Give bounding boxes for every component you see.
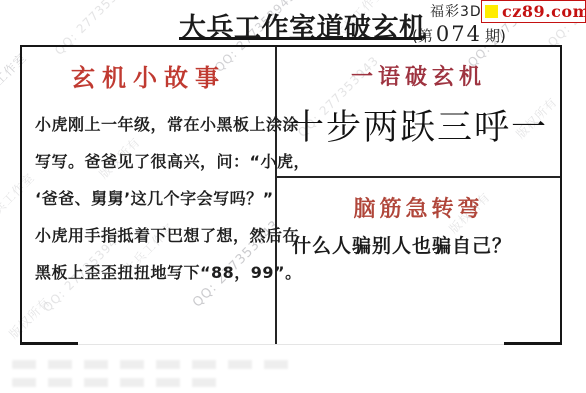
yellow-square-icon — [485, 5, 498, 18]
story-line: 黑板上歪歪扭扭地写下“88，99”。 — [35, 254, 269, 291]
story-line: 小虎用手指抵着下巴想了想，然后在 — [35, 217, 269, 254]
issue-number: 074 — [433, 22, 485, 46]
hint-phrase: 十步两跃三呼一 — [277, 100, 560, 150]
content-frame: 玄机小故事 小虎刚上一年级，常在小黑板上涂涂 写写。爸爸见了很高兴，问：“小虎，… — [20, 45, 562, 345]
frame-bottom-left-segment — [20, 342, 78, 345]
title-underline — [179, 37, 422, 40]
faded-footer-line — [12, 360, 300, 369]
faded-footer-line — [12, 378, 228, 387]
story-panel: 玄机小故事 小虎刚上一年级，常在小黑板上涂涂 写写。爸爸见了很高兴，问：“小虎，… — [22, 47, 275, 344]
site-name: cz89.com — [502, 2, 586, 21]
hint-title: 一语破玄机 — [277, 60, 560, 91]
riddle-title: 脑筋急转弯 — [277, 192, 560, 223]
site-watermark-badge: cz89.com — [481, 0, 586, 23]
riddle-panel: 脑筋急转弯 什么人骗别人也骗自己？ — [277, 178, 560, 344]
story-line: 写写。爸爸见了很高兴，问：“小虎， — [35, 143, 269, 180]
riddle-question: 什么人骗别人也骗自己？ — [292, 231, 560, 258]
story-body: 小虎刚上一年级，常在小黑板上涂涂 写写。爸爸见了很高兴，问：“小虎， ‘爸爸、舅… — [35, 106, 269, 291]
story-line: ‘爸爸、舅舅’这几个字会写吗？” — [35, 180, 269, 217]
hint-panel: 一语破玄机 十步两跃三呼一 — [277, 47, 560, 176]
frame-bottom-right-segment — [504, 342, 562, 345]
issue-close-label: 期) — [485, 27, 506, 45]
story-title: 玄机小故事 — [22, 58, 275, 93]
story-line: 小虎刚上一年级，常在小黑板上涂涂 — [35, 106, 269, 143]
